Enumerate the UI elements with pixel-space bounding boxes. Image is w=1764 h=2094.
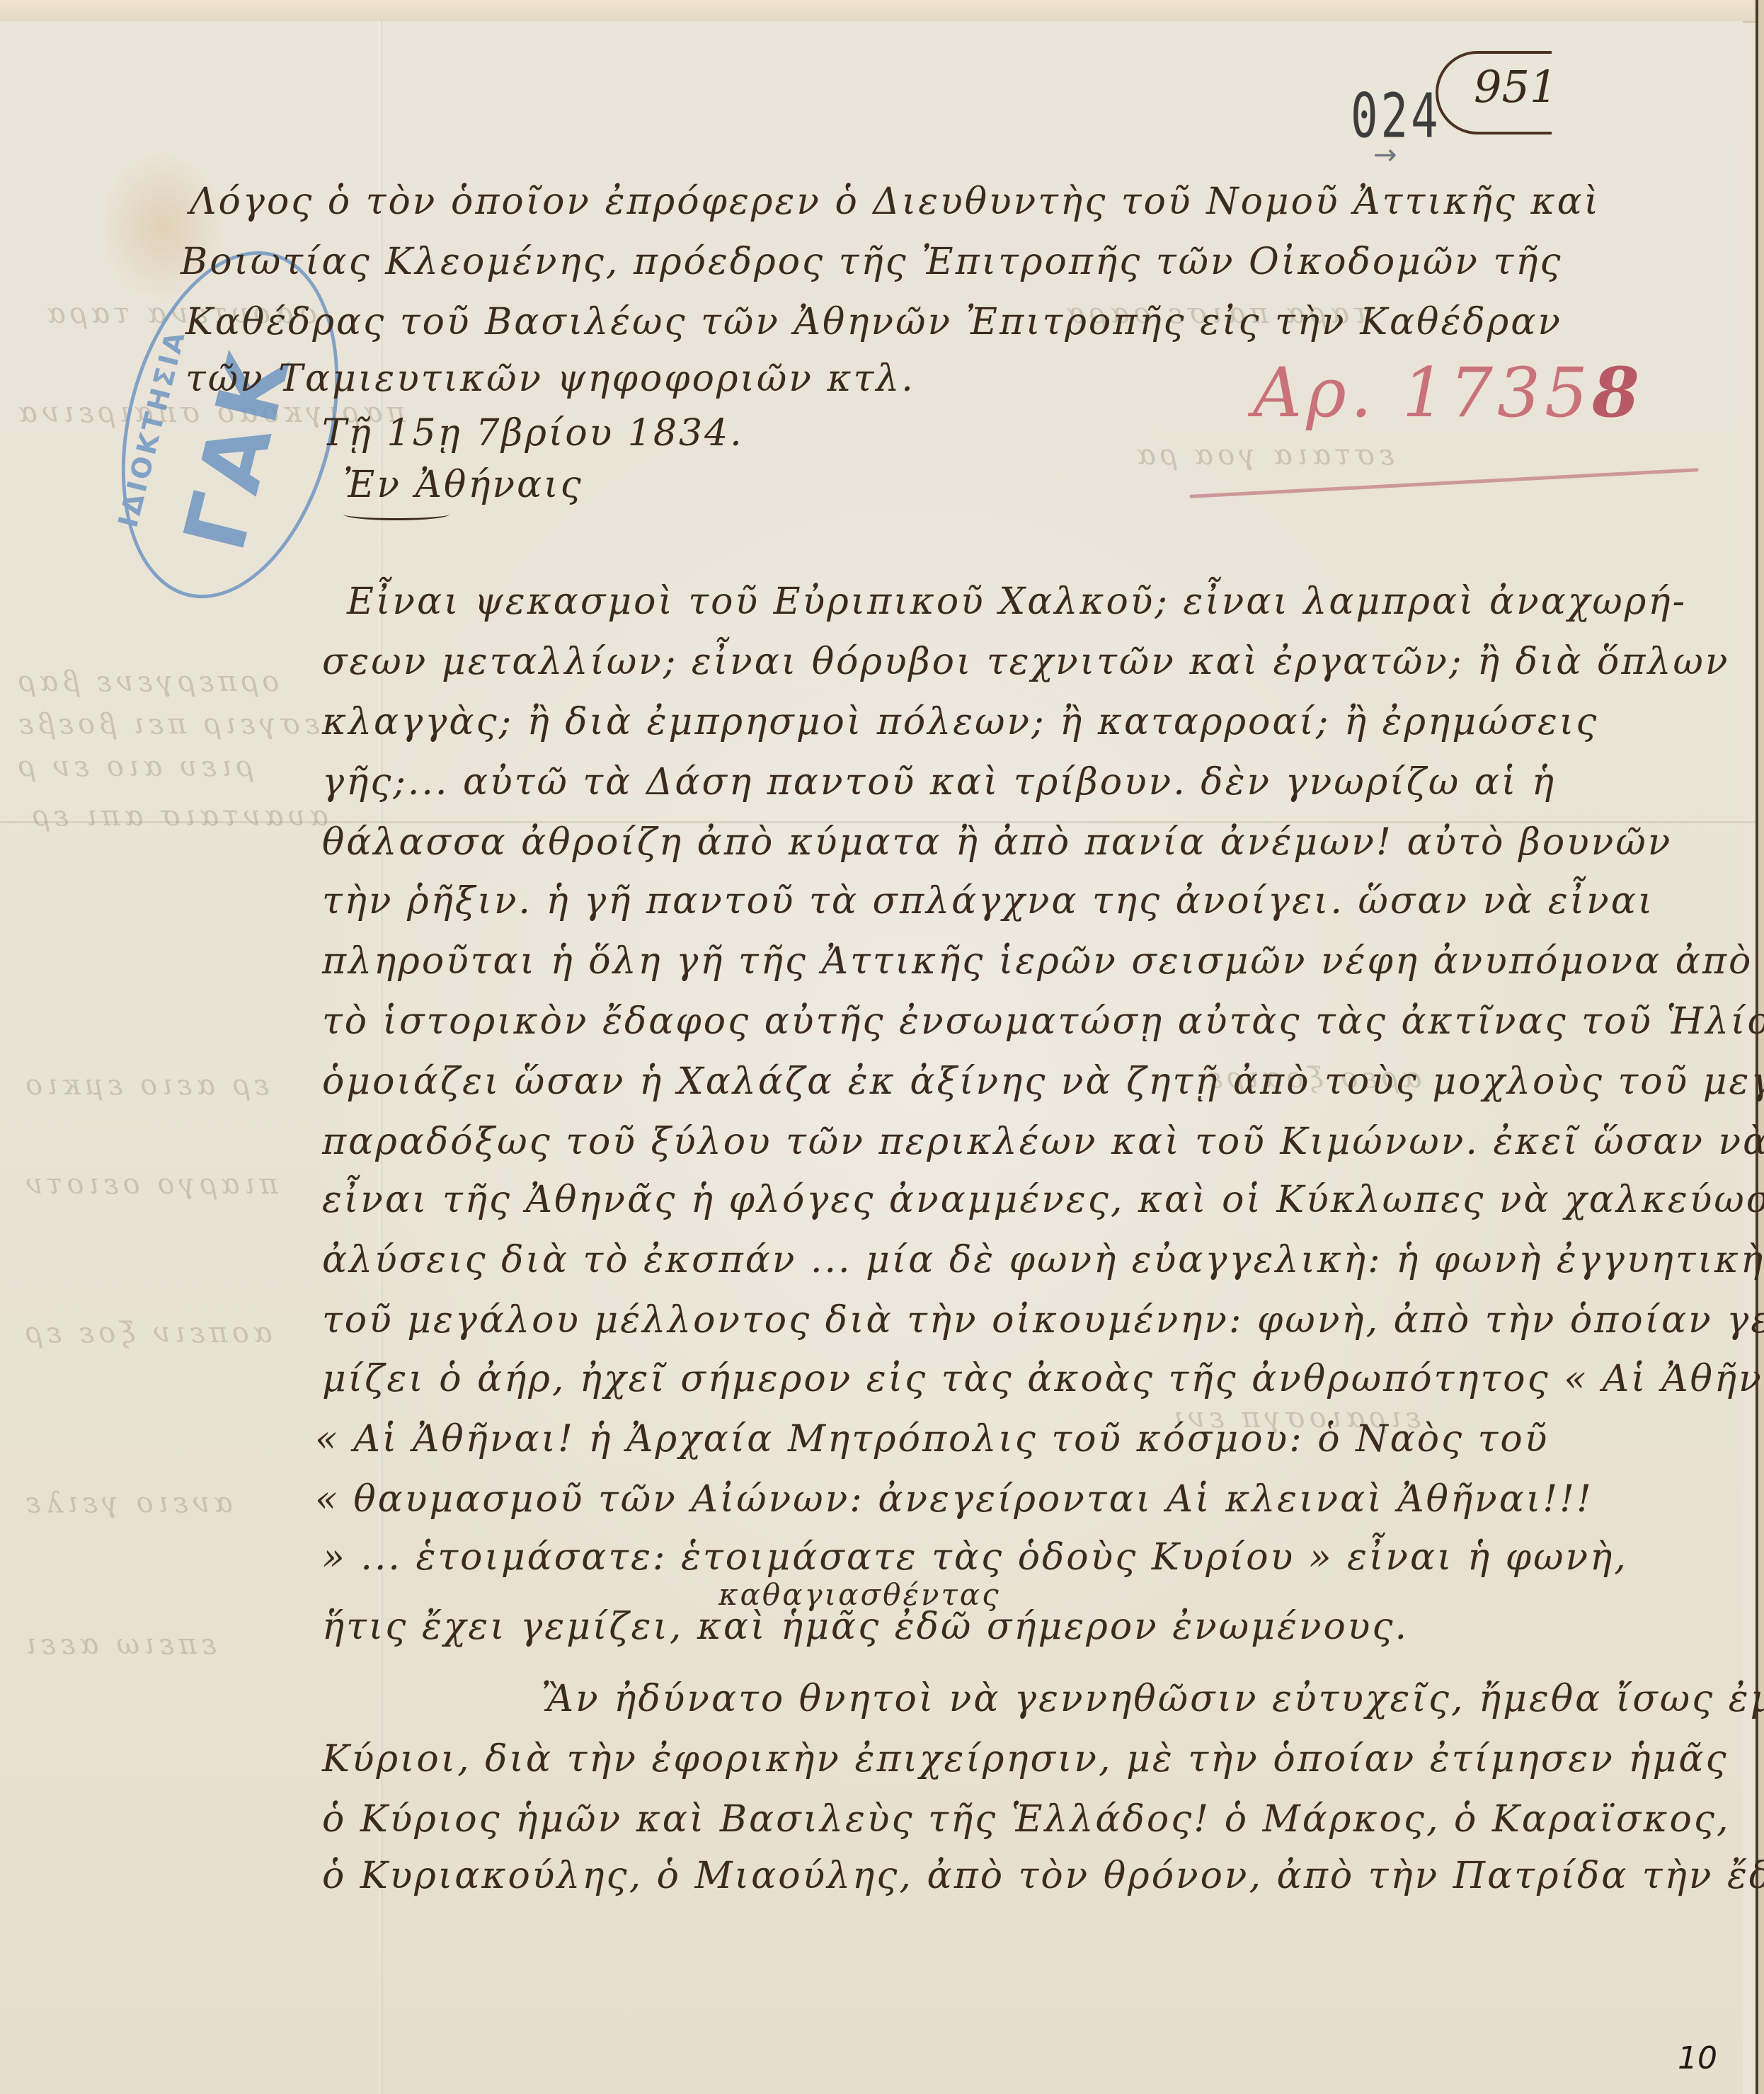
body-line: κλαγγὰς; ἢ διὰ ἐμπρησμοὶ πόλεων; ἢ καταρ… [322,701,1598,743]
arrow-icon: → [1373,139,1397,171]
heading-line: τῶν Ταμιευτικῶν ψηφοφοριῶν κτλ. [185,357,915,400]
body-line: τὴν ῥῆξιν. ἡ γῆ παντοῦ τὰ σπλάγχνα της ἀ… [322,880,1654,922]
red-reference-digits: 1735 [1402,353,1592,433]
page-number: 10 [1678,2040,1717,2076]
body-line: Κύριοι, διὰ τὴν ἐφορικὴν ἐπιχείρησιν, μὲ… [322,1738,1729,1780]
red-reference-prefix: Αρ. [1253,353,1376,433]
place-underline [343,508,449,520]
scan-right-edge [1758,0,1764,2094]
heading-date: Τῇ 15ῃ 7βρίου 1834. [322,412,744,454]
body-line: ὁ Κυριακούλης, ὁ Μιαούλης, ἀπὸ τὸν θρόνο… [322,1855,1764,1897]
body-line: « θαυμασμοῦ τῶν Αἰώνων: ἀνεγείρονται Αἱ … [315,1478,1593,1521]
circled-folio-number: 951 [1436,51,1552,135]
body-line: « Αἱ Ἀθῆναι! ἡ Ἀρχαία Μητρόπολις τοῦ κόσ… [315,1418,1549,1460]
red-reference-last-digit: 8 [1592,353,1644,433]
heading-line: Βοιωτίας Κλεομένης, πρόεδρος τῆς Ἐπιτροπ… [181,241,1563,283]
body-line: » ... ἑτοιμάσατε: ἑτοιμάσατε τὰς ὁδοὺς Κ… [322,1536,1628,1579]
body-line: σεων μεταλλίων; εἶναι θόρυβοι τεχνιτῶν κ… [322,641,1730,683]
body-line: τοῦ μεγάλου μέλλοντος διὰ τὴν οἰκουμένην… [322,1299,1764,1341]
body-line: Εἶναι ψεκασμοὶ τοῦ Εὐριπικοῦ Χαλκοῦ; εἶν… [347,580,1687,623]
heading-place: Ἐν Ἀθήναις [343,464,583,506]
heading-line: Λόγος ὁ τὸν ὁποῖον ἐπρόφερεν ὁ Διευθυντὴ… [190,181,1600,223]
body-line: γῆς;... αὐτῶ τὰ Δάση παντοῦ καὶ τρίβουν.… [322,761,1556,803]
body-line: ὁ Κύριος ἡμῶν καὶ Βασιλεὺς τῆς Ἑλλάδος! … [322,1798,1730,1841]
body-line: εἶναι τῆς Ἀθηνᾶς ἡ φλόγες ἀναμμένες, καὶ… [322,1179,1764,1221]
body-line: παραδόξως τοῦ ξύλου τῶν περικλέων καὶ το… [322,1121,1764,1163]
body-line: μίζει ὁ ἀήρ, ἠχεῖ σήμερον εἰς τὰς ἀκοὰς … [322,1358,1764,1400]
body-line: ἀλύσεις διὰ τὸ ἐκσπάν ... μία δὲ φωνὴ εὐ… [322,1239,1764,1281]
body-line: πληροῦται ἡ ὅλη γῆ τῆς Ἀττικῆς ἱερῶν σει… [322,940,1753,983]
body-line: ὁμοιάζει ὥσαν ἡ Χαλάζα ἐκ ἀξίνης νὰ ζητῇ… [322,1060,1764,1103]
red-reference-number: Αρ. 17358 [1253,353,1644,433]
body-line: θάλασσα ἀθροίζη ἀπὸ κύματα ἢ ἀπὸ πανία ἀ… [322,821,1672,864]
scan-top-edge [0,0,1764,23]
heading-line: Καθέδρας τοῦ Βασιλέως τῶν Ἀθηνῶν Ἐπιτροπ… [185,301,1562,343]
folio-number-text: 951 [1474,61,1557,113]
body-line: ἥτις ἔχει γεμίζει, καὶ ἡμᾶς ἐδῶ σήμερον … [322,1606,1409,1648]
body-line: Ἂν ἠδύνατο θνητοὶ νὰ γεννηθῶσιν εὐτυχεῖς… [542,1678,1764,1720]
body-line: τὸ ἱστορικὸν ἔδαφος αὐτῆς ἐνσωματώσῃ αὐτ… [322,1000,1764,1043]
